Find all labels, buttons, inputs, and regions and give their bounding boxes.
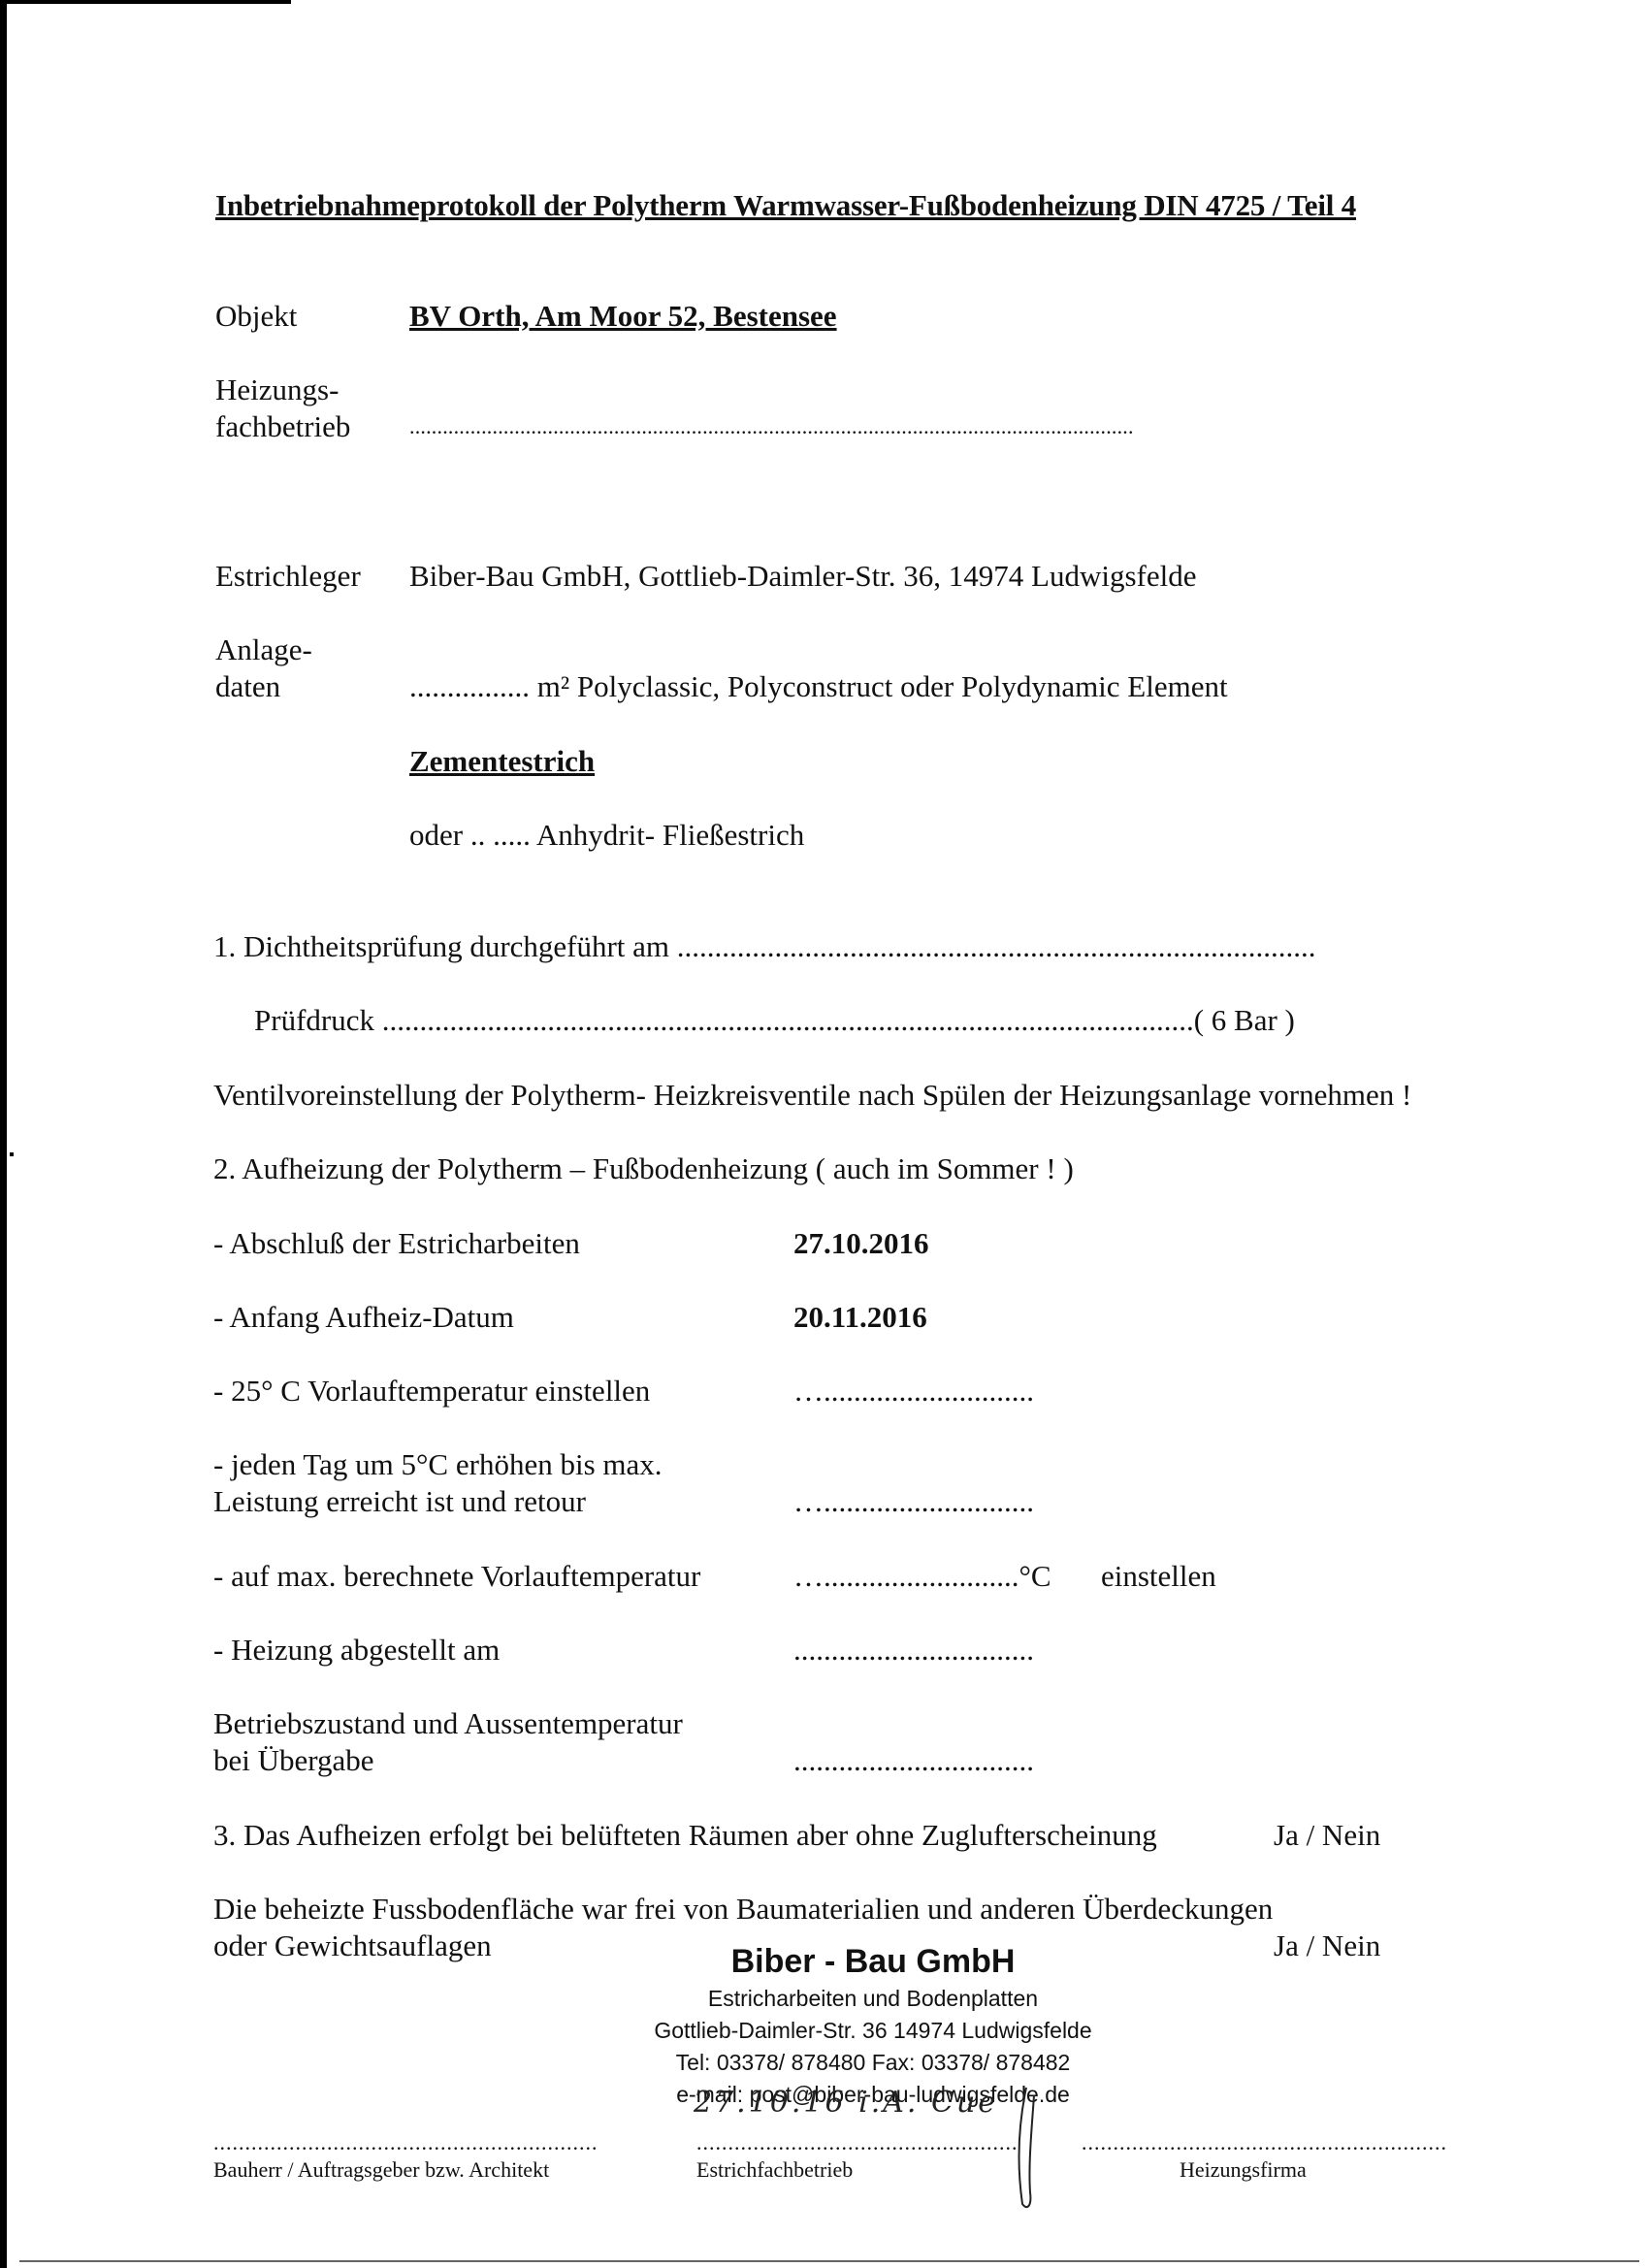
signature-label-estrich: Estrichfachbetrieb — [696, 2157, 853, 2183]
anlagedaten-label-line1: Anlage- — [215, 632, 312, 667]
abschluss-date: 27.10.2016 — [793, 1226, 929, 1261]
max-vorlauf-suffix: einstellen — [1101, 1559, 1216, 1594]
heizungsfachbetrieb-label-line1: Heizungs- — [215, 373, 339, 407]
scan-edge-top — [0, 0, 291, 4]
section2-heading: 2. Aufheizung der Polytherm – Fußbodenhe… — [213, 1151, 1074, 1186]
anlagedaten-value[interactable]: ................ m² Polyclassic, Polycon… — [409, 669, 1228, 704]
floor-free-line1: Die beheizte Fussbodenfläche war frei vo… — [213, 1892, 1273, 1927]
dichtheitspruefung-line[interactable]: 1. Dichtheitsprüfung durchgeführt am ...… — [213, 929, 1316, 964]
estrichleger-label: Estrichleger — [215, 559, 361, 594]
anlagedaten-label-line2: daten — [215, 669, 280, 704]
abschluss-label: - Abschluß der Estricharbeiten — [213, 1226, 580, 1261]
section3-statement: 3. Das Aufheizen erfolgt bei belüfteten … — [213, 1818, 1157, 1853]
section3-ja-nein[interactable]: Ja / Nein — [1274, 1818, 1380, 1853]
vorlauf-25-label: - 25° C Vorlauftemperatur einstellen — [213, 1374, 650, 1409]
objekt-value: BV Orth, Am Moor 52, Bestensee — [409, 299, 837, 334]
max-vorlauf-label: - auf max. berechnete Vorlauftemperatur — [213, 1559, 700, 1594]
stamp-line-phone: Tel: 03378/ 878480 Fax: 03378/ 878482 — [601, 2047, 1145, 2079]
signature-label-bauherr: Bauherr / Auftragsgeber bzw. Architekt — [213, 2157, 549, 2183]
vorlauf-25-field[interactable]: …............................ — [793, 1374, 1034, 1409]
scan-speck — [10, 1152, 14, 1156]
estrich-type-selected: Zementestrich — [409, 744, 595, 779]
objekt-label: Objekt — [215, 299, 297, 334]
betriebszustand-label-line2: bei Übergabe — [213, 1743, 374, 1778]
signature-line-bauherr[interactable]: ........................................… — [213, 2130, 598, 2155]
daily-increase-label-line2: Leistung erreicht ist und retour — [213, 1484, 586, 1519]
heizungsfachbetrieb-field[interactable]: ........................................… — [409, 409, 1134, 444]
betriebszustand-label-line1: Betriebszustand und Aussentemperatur — [213, 1706, 683, 1741]
ventil-note: Ventilvoreinstellung der Polytherm- Heiz… — [213, 1078, 1411, 1113]
heizungsfachbetrieb-label-line2: fachbetrieb — [215, 409, 350, 444]
signature-line-estrich[interactable]: ........................................… — [696, 2130, 1018, 2155]
floor-free-line2: oder Gewichtsauflagen — [213, 1928, 492, 1963]
pruefdruck-line[interactable]: Prüfdruck ..............................… — [254, 1003, 1295, 1038]
stamp-line-services: Estricharbeiten und Bodenplatten — [601, 1983, 1145, 2015]
daily-increase-label-line1: - jeden Tag um 5°C erhöhen bis max. — [213, 1447, 663, 1482]
max-vorlauf-field[interactable]: …..........................°C — [793, 1559, 1051, 1594]
document-title: Inbetriebnahmeprotokoll der Polytherm Wa… — [215, 188, 1356, 223]
betriebszustand-field[interactable]: ................................ — [793, 1743, 1034, 1778]
daily-increase-field[interactable]: …............................ — [793, 1484, 1034, 1519]
signature-line-heizung[interactable]: ........................................… — [1082, 2130, 1447, 2155]
scan-edge-left — [0, 0, 7, 2268]
estrich-type-alternative[interactable]: oder .. ..... Anhydrit- Fließestrich — [409, 818, 804, 853]
signature-label-heizung: Heizungsfirma — [1180, 2157, 1307, 2183]
aufheiz-start-date: 20.11.2016 — [793, 1300, 927, 1335]
handwritten-date-signature: 27.10.16 i.A. Cue — [694, 2086, 998, 2120]
heizung-abgestellt-label: - Heizung abgestellt am — [213, 1633, 500, 1668]
stamp-line-address: Gottlieb-Daimler-Str. 36 14974 Ludwigsfe… — [601, 2015, 1145, 2047]
aufheiz-start-label: - Anfang Aufheiz-Datum — [213, 1300, 514, 1335]
scan-edge-bottom — [19, 2260, 1639, 2262]
floor-free-ja-nein[interactable]: Ja / Nein — [1274, 1928, 1380, 1963]
stamp-company-name: Biber - Bau GmbH — [601, 1940, 1145, 1983]
estrichleger-value: Biber-Bau GmbH, Gottlieb-Daimler-Str. 36… — [409, 559, 1197, 594]
heizung-abgestellt-field[interactable]: ................................ — [793, 1633, 1034, 1668]
